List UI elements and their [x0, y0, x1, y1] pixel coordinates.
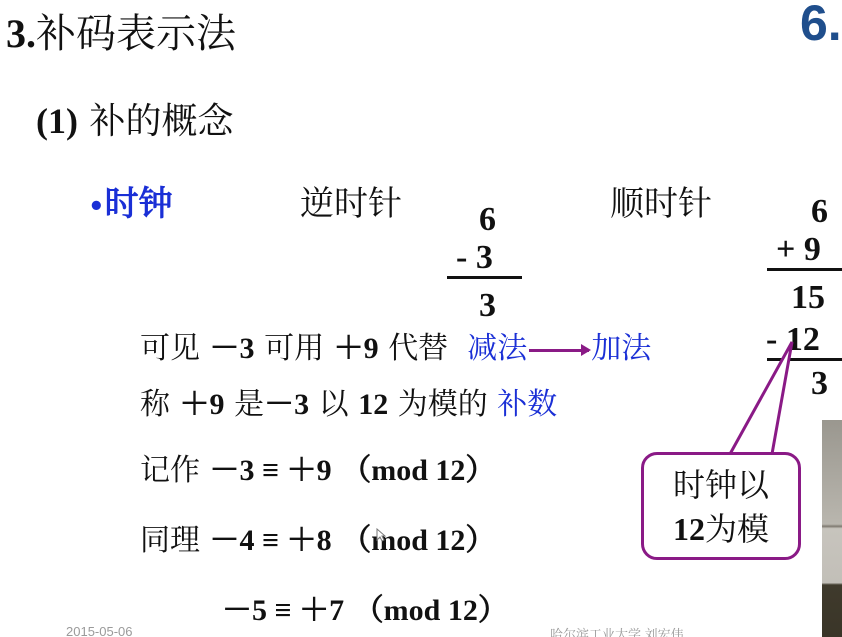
line-substitute: 可见 －3 可用 ＋9 代替 减法加法 — [140, 328, 651, 370]
ccw-result: 3 — [479, 286, 496, 326]
clockwise-label: 顺时针 — [610, 180, 712, 228]
ccw-op: - 3 — [456, 238, 493, 278]
line-notation: 记作 －3 ≡ ＋9 （mod 12） — [140, 450, 495, 492]
addition-term: 加法 — [591, 331, 651, 366]
ccw-divider — [447, 276, 522, 279]
slide-title: 3.补码表示法 — [6, 6, 236, 62]
presenter-video-edge — [822, 420, 842, 637]
callout-pointer — [700, 330, 810, 460]
section-subtitle: (1) 补的概念 — [36, 96, 233, 147]
bullet-clock: •时钟 — [88, 180, 173, 231]
mouse-cursor-icon — [376, 528, 386, 542]
cw-op: + 9 — [776, 230, 821, 270]
footer-author: 哈尔滨工业大学 刘宏伟 — [550, 624, 684, 637]
counterclockwise-label: 逆时针 — [300, 180, 402, 228]
line-similarly-5: －5 ≡ ＋7 （mod 12） — [222, 590, 508, 632]
cw-top: 6 — [811, 192, 828, 232]
clock-modulus-callout: 时钟以 12为模 — [641, 452, 801, 560]
line-complement-definition: 称 ＋9 是－3 以 12 为模的 补数 — [140, 384, 557, 426]
complement-term: 补数 — [497, 387, 557, 422]
line-similarly-4: 同理 －4 ≡ ＋8 （mod 12） — [140, 520, 495, 562]
footer-date: 2015-05-06 — [66, 624, 133, 637]
ccw-top: 6 — [479, 200, 496, 240]
cw-sum: 15 — [791, 278, 825, 318]
arrow-right-icon — [529, 349, 589, 352]
cw-divider — [767, 268, 842, 271]
cw-result: 3 — [811, 364, 828, 404]
subtraction-term: 减法 — [467, 331, 527, 366]
bullet-icon: • — [88, 192, 105, 222]
next-slide-peek: 6. — [800, 0, 842, 52]
